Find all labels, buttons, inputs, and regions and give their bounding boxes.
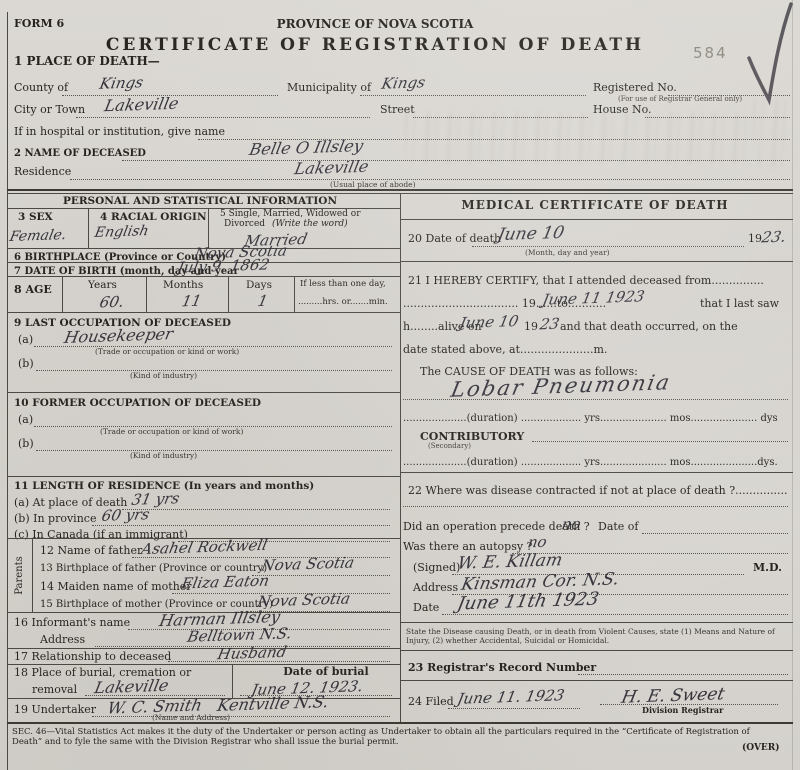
faint-edge-artifact — [753, 100, 791, 168]
deceased-name-value: Belle O Illsley — [248, 136, 365, 159]
doctor-address-label: Address — [413, 582, 458, 594]
death-date-note: (Month, day and year) — [525, 249, 610, 257]
row-rule — [7, 276, 400, 277]
med-rule — [400, 472, 793, 473]
burial-place-line — [85, 695, 225, 696]
filed-label: 24 Filed — [408, 696, 454, 708]
marital-label-line2: Divorced — [224, 220, 265, 230]
former-trade-note: (Trade or occupation or kind of work) — [100, 428, 243, 436]
former-occupation-heading: 10 FORMER OCCUPATION OF DECEASED — [14, 398, 261, 410]
parents-side-label: Parents — [14, 556, 25, 595]
division-registrar-label: Division Registrar — [642, 706, 723, 715]
age-col-divider — [228, 276, 229, 312]
operation-value: no — [560, 515, 582, 534]
father-birthplace-line — [252, 575, 390, 576]
certify-line4: date stated above, at...................… — [403, 344, 607, 356]
former-b-label: (b) — [18, 438, 34, 450]
parents-box-divider — [32, 538, 33, 612]
death-certificate-scan: FORM 6 PROVINCE OF NOVA SCOTIA CERTIFICA… — [0, 0, 800, 770]
place-of-death-heading: 1 PLACE OF DEATH— — [14, 55, 160, 68]
res-b-line — [92, 525, 390, 526]
age-less-line: .........hrs. or.......min. — [298, 298, 388, 307]
res-b-value: 60 yrs — [100, 505, 151, 525]
faint-stamp-artifact — [405, 112, 750, 164]
age-days-value: 1 — [256, 292, 269, 310]
occ-b-line — [36, 370, 392, 371]
city-line — [76, 117, 370, 118]
city-value: Lakeville — [103, 94, 180, 116]
deceased-name-label: 2 NAME OF DECEASED — [14, 148, 146, 159]
footer-over-label: (OVER) — [742, 744, 780, 754]
occ-a-value: Housekeeper — [63, 324, 175, 347]
age-years-label: Years — [88, 280, 117, 292]
signed-label: (Signed) — [413, 562, 460, 574]
med-rule — [400, 680, 793, 681]
row-rule — [7, 476, 400, 477]
cause-line — [403, 399, 788, 400]
disease-contracted-label: 22 Where was disease contracted if not a… — [408, 485, 788, 497]
former-a-label: (a) — [18, 414, 33, 426]
informant-address-label: Address — [40, 634, 85, 646]
med-rule — [400, 261, 793, 262]
sex-cell-divider — [88, 208, 89, 248]
operation-date-line — [642, 533, 788, 534]
doctor-date-value: June 11th 1923 — [455, 589, 600, 615]
signed-value: W. E. Killam — [456, 550, 564, 574]
occ-b-label: (b) — [18, 358, 34, 370]
duration-line1: ....................(duration) .........… — [403, 413, 778, 424]
filed-date-line — [448, 708, 580, 709]
certify-line3-printed-year: 19 — [524, 321, 538, 333]
row-rule — [7, 698, 400, 699]
medical-cert-heading: MEDICAL CERTIFICATE OF DEATH — [430, 199, 760, 212]
certify-line3-value: June 10 — [458, 312, 520, 332]
doctor-date-line — [442, 614, 788, 615]
registrar-record-line — [578, 674, 788, 675]
certify-line1: 21 I HEREBY CERTIFY, that I attended dec… — [408, 275, 764, 287]
municipality-value: Kings — [380, 73, 427, 92]
burial-cell-divider — [232, 664, 233, 698]
father-name-value: Asahel Rockwell — [140, 536, 269, 558]
doctor-date-label: Date — [413, 602, 439, 614]
age-years-value: 60. — [98, 293, 126, 312]
stamp-number: 584 — [693, 44, 728, 62]
dob-value: July 9. 1862 — [176, 255, 271, 276]
row-rule — [7, 312, 400, 313]
relationship-line — [168, 661, 390, 662]
column-divider — [400, 193, 401, 722]
father-birthplace-value: Nova Scotia — [260, 553, 356, 574]
undertaker-town-value: Kentville N.S. — [216, 692, 331, 715]
city-label: City or Town — [14, 104, 85, 116]
contributory-line — [532, 441, 788, 442]
left-page-edge-line — [7, 12, 8, 770]
occ-a-label: (a) — [18, 334, 33, 346]
certify-line2-suffix: that I last saw — [700, 298, 779, 310]
violent-causes-note-line2: Injury, (2) whether Accidental, Suicidal… — [406, 637, 609, 645]
autopsy-value: no — [526, 533, 548, 552]
age-months-value: 11 — [180, 292, 203, 311]
operation-date-label: Date of — [598, 521, 639, 533]
bottom-rule — [7, 722, 793, 724]
registrar-record-label: 23 Registrar's Record Number — [408, 662, 596, 674]
parents-side-label-box: Parents — [7, 545, 32, 605]
sex-value: Female. — [8, 227, 68, 245]
checkmark-pen-stroke — [735, 0, 795, 110]
filed-date-value: June 11. 1923 — [456, 686, 566, 708]
former-b-line — [36, 450, 392, 451]
death-date-label: 20 Date of death — [408, 233, 501, 245]
municipality-label: Municipality of — [287, 82, 371, 94]
marital-note: (Write the word) — [272, 220, 348, 230]
row-rule — [7, 648, 400, 649]
former-industry-note: (Kind of industry) — [130, 452, 197, 460]
md-label: M.D. — [753, 562, 782, 574]
section-rule-thick — [7, 189, 793, 191]
age-col-divider — [294, 276, 295, 312]
age-col-divider — [146, 276, 147, 312]
street-line — [413, 117, 588, 118]
page-title: CERTIFICATE OF REGISTRATION OF DEATH — [95, 36, 655, 55]
right-page-edge-line — [792, 0, 793, 770]
age-months-label: Months — [163, 280, 203, 292]
form-number: FORM 6 — [14, 18, 64, 30]
footer-sec-line1: SEC. 46—Vital Statistics Act makes it th… — [12, 728, 790, 737]
certify-line2-value: June 11 1923 — [541, 287, 646, 309]
certify-line3-suffix: and that death occurred, on the — [560, 321, 738, 333]
age-less-label: If less than one day, — [300, 280, 386, 289]
personal-info-heading: PERSONAL AND STATISTICAL INFORMATION — [30, 196, 370, 208]
undertaker-note: (Name and Address) — [152, 714, 230, 722]
house-no-line — [645, 117, 790, 118]
mother-name-value: Eliza Eaton — [180, 571, 271, 592]
house-no-label: House No. — [593, 104, 652, 116]
med-rule — [400, 219, 793, 220]
death-year-value: 23. — [760, 228, 788, 247]
undertaker-line — [92, 716, 390, 717]
res-a-line — [122, 509, 390, 510]
occ-industry-note: (Kind of industry) — [130, 372, 197, 380]
age-days-label: Days — [246, 280, 272, 292]
racial-origin-value: English — [93, 223, 150, 241]
res-b-label: (b) In province — [14, 513, 96, 525]
racial-origin-label: 4 RACIAL ORIGIN — [100, 212, 207, 224]
sex-label: 3 SEX — [18, 212, 53, 224]
residence-value: Lakeville — [293, 157, 370, 179]
death-date-line — [472, 246, 744, 247]
county-label: County of — [14, 82, 68, 94]
row-rule — [7, 392, 400, 393]
death-date-value: June 10 — [496, 223, 566, 245]
municipality-line — [360, 95, 586, 96]
undertaker-label: 19 Undertaker — [14, 704, 96, 716]
province-heading: PROVINCE OF NOVA SCOTIA — [175, 18, 575, 31]
relationship-label: 17 Relationship to deceased — [14, 651, 171, 663]
age-label: 8 AGE — [14, 284, 52, 296]
violent-causes-note-line1: State the Disease causing Death, or in d… — [406, 628, 775, 636]
age-col-divider — [62, 276, 63, 312]
hospital-label: If in hospital or institution, give name — [14, 126, 225, 138]
registered-no-label: Registered No. — [593, 82, 677, 94]
racial-cell-divider — [208, 208, 209, 248]
footer-sec-line2: Death” and to fyle the same with the Div… — [12, 738, 398, 747]
burial-date-label: Date of burial — [252, 666, 400, 678]
residence-label: Residence — [14, 166, 71, 178]
certify-line3-year-value: 23 — [538, 315, 561, 334]
county-value: Kings — [98, 73, 145, 92]
residence-note: (Usual place of abode) — [330, 181, 416, 189]
deceased-name-line — [122, 160, 790, 161]
disease-contracted-line — [403, 506, 788, 507]
secondary-note: (Secondary) — [428, 443, 471, 451]
father-name-label: 12 Name of father — [40, 545, 142, 557]
street-label: Street — [380, 104, 415, 116]
burial-removal-label: removal — [32, 684, 77, 696]
med-rule — [400, 622, 793, 623]
informant-name-label: 16 Informant's name — [14, 617, 130, 629]
occ-trade-note: (Trade or occupation or kind or work) — [95, 348, 239, 356]
duration-line2: ....................(duration) .........… — [403, 457, 778, 468]
med-rule — [400, 650, 793, 651]
mother-name-label: 14 Maiden name of mother — [40, 581, 192, 593]
residence-line — [70, 179, 790, 180]
